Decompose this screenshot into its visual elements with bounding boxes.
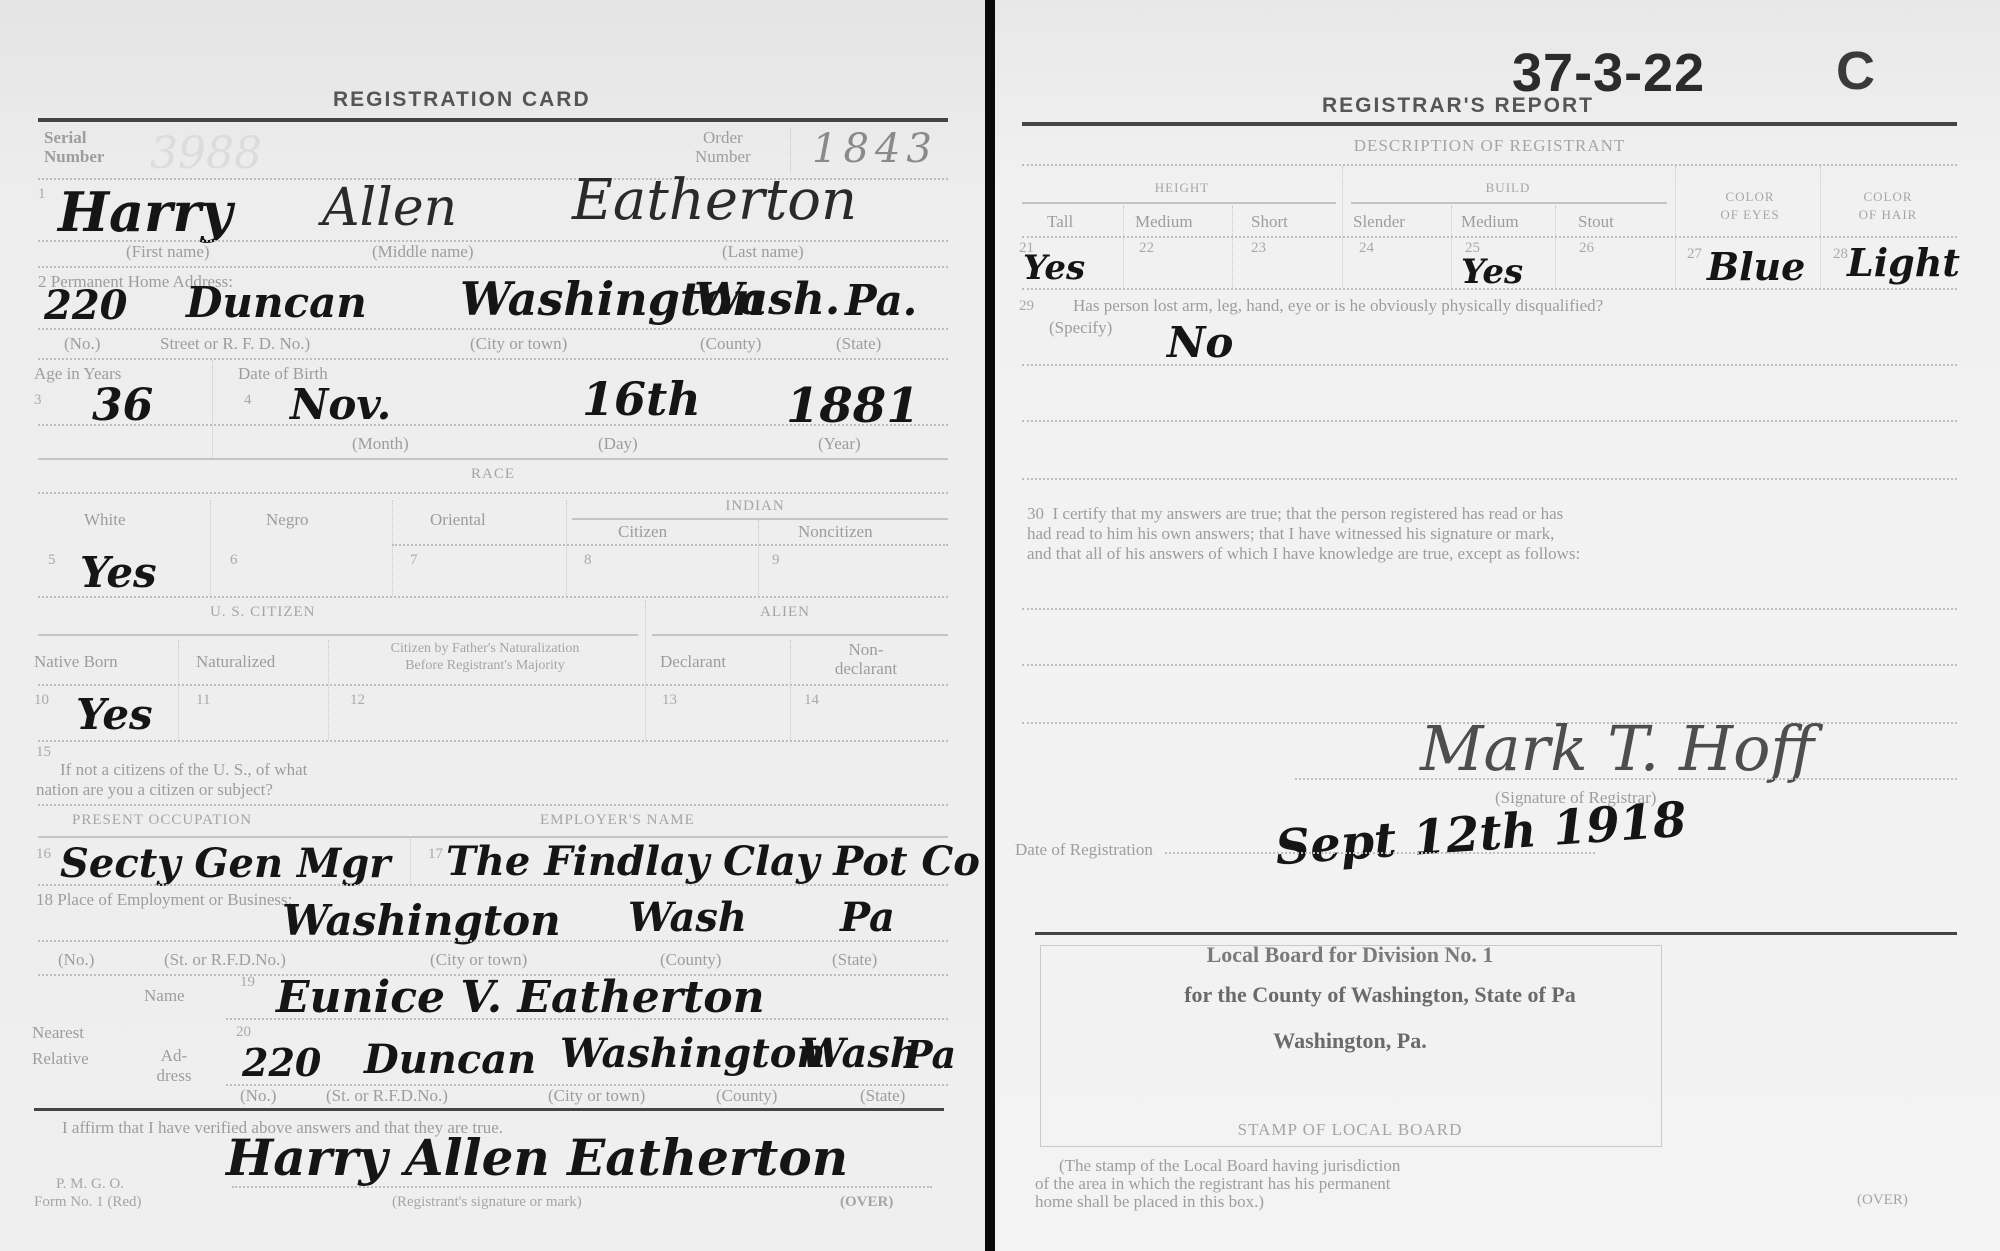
- card-divider: [985, 0, 995, 1251]
- order-number-value: 1843: [812, 126, 938, 172]
- birth-day-value: 16th: [582, 372, 701, 426]
- date-of-registration-label: Date of Registration: [1015, 840, 1153, 860]
- non-declarant-label: Non- declarant: [796, 640, 936, 678]
- nearest-relative-name-value: Eunice V. Eatherton: [276, 972, 765, 1023]
- serial-number-label: Serial Number: [44, 128, 104, 166]
- over-label: (OVER): [1857, 1192, 1908, 1209]
- q29-text: Has person lost arm, leg, hand, eye or i…: [1073, 296, 1603, 316]
- employment-state-value: Pa: [840, 894, 895, 941]
- form-number: Form No. 1 (Red): [34, 1194, 142, 1211]
- over-label: (OVER): [840, 1194, 893, 1211]
- occupation-heading: PRESENT OCCUPATION: [72, 812, 252, 829]
- address-county-value: Wash.: [694, 274, 840, 325]
- stamp-of-local-board-label: STAMP OF LOCAL BOARD: [1040, 1120, 1660, 1140]
- registration-card-front: REGISTRATION CARD Serial Number 3988 Ord…: [0, 0, 985, 1251]
- serial-number-value: 3988: [150, 128, 262, 179]
- place-of-employment-label: 18 Place of Employment or Business:: [36, 890, 292, 910]
- address-street-value: Duncan: [186, 278, 367, 327]
- local-board-line-2: for the County of Washington, State of P…: [1040, 982, 1720, 1008]
- employer-heading: EMPLOYER'S NAME: [540, 812, 695, 829]
- alien-heading: ALIEN: [760, 604, 810, 621]
- us-citizen-heading: U. S. CITIZEN: [210, 604, 316, 621]
- q30-line-3: and that all of his answers of which I h…: [1027, 544, 1580, 564]
- stamp-note-line-1: (The stamp of the Local Board having jur…: [1059, 1156, 1400, 1176]
- address-number-value: 220: [44, 282, 128, 329]
- address-state-value: Pa.: [845, 276, 917, 325]
- card-title: REGISTRATION CARD: [333, 88, 591, 112]
- q30-line-2: had read to him his own answers; that I …: [1027, 524, 1554, 544]
- registration-card-back: 37-3-22 C REGISTRAR'S REPORT DESCRIPTION…: [995, 0, 2000, 1251]
- title-rule: [38, 118, 948, 122]
- employment-county-value: Wash: [628, 894, 747, 941]
- registrar-report-title: REGISTRAR'S REPORT: [1322, 94, 1594, 118]
- local-board-line-3: Washington, Pa.: [1040, 1028, 1660, 1054]
- height-tall-value: Yes: [1023, 248, 1085, 288]
- stamp-note-line-3: home shall be placed in this box.): [1035, 1192, 1264, 1212]
- relative-address-label: Ad- dress: [146, 1046, 202, 1086]
- registrant-signature: Harry Allen Eatherton: [226, 1128, 848, 1187]
- first-name-label: (First name): [126, 242, 210, 262]
- local-board-line-1: Local Board for Division No. 1: [1040, 942, 1660, 968]
- race-white-value: Yes: [80, 548, 157, 597]
- eye-color-heading: COLOR OF EYES: [1680, 188, 1820, 224]
- native-born-value: Yes: [76, 690, 153, 739]
- date-of-registration-value: Sept 12th 1918: [1274, 792, 1689, 877]
- indian-heading: INDIAN: [570, 498, 940, 515]
- race-heading: RACE: [38, 466, 948, 483]
- height-heading: HEIGHT: [1022, 180, 1342, 196]
- hair-color-heading: COLOR OF HAIR: [1823, 188, 1953, 224]
- order-number-label: Order Number: [695, 128, 751, 166]
- last-name-label: (Last name): [722, 242, 804, 262]
- build-medium-value: Yes: [1461, 252, 1523, 292]
- q30-line-1: 30 I certify that my answers are true; t…: [1027, 504, 1563, 524]
- employer-value: The Findlay Clay Pot Co: [446, 838, 980, 885]
- occupation-value: Secty Gen Mgr: [60, 840, 390, 887]
- build-heading: BUILD: [1348, 180, 1668, 196]
- stamp-note-line-2: of the area in which the registrant has …: [1035, 1174, 1390, 1194]
- stamp-letter: C: [1836, 40, 1876, 102]
- hair-color-value: Light: [1847, 240, 1960, 285]
- employment-city-value: Washington: [282, 896, 561, 945]
- nearest-relative-label: Nearest Relative: [32, 1020, 89, 1072]
- eye-color-value: Blue: [1707, 244, 1805, 289]
- birth-month-value: Nov.: [290, 380, 391, 429]
- last-name-value: Eatherton: [572, 168, 857, 233]
- nation-question-line-1: If not a citizens of the U. S., of what: [60, 760, 307, 780]
- first-name-value: Harry: [58, 180, 232, 244]
- q29-value: No: [1167, 318, 1233, 367]
- registrar-signature: Mark T. Hoff: [1420, 712, 1814, 785]
- middle-name-value: Allen: [322, 178, 457, 238]
- middle-name-label: (Middle name): [372, 242, 474, 262]
- citizen-by-father-label: Citizen by Father's Naturalization Befor…: [330, 640, 640, 674]
- signature-label: (Registrant's signature or mark): [392, 1194, 582, 1211]
- nation-question-line-2: nation are you a citizen or subject?: [36, 780, 273, 800]
- description-heading: DESCRIPTION OF REGISTRANT: [1022, 136, 1957, 156]
